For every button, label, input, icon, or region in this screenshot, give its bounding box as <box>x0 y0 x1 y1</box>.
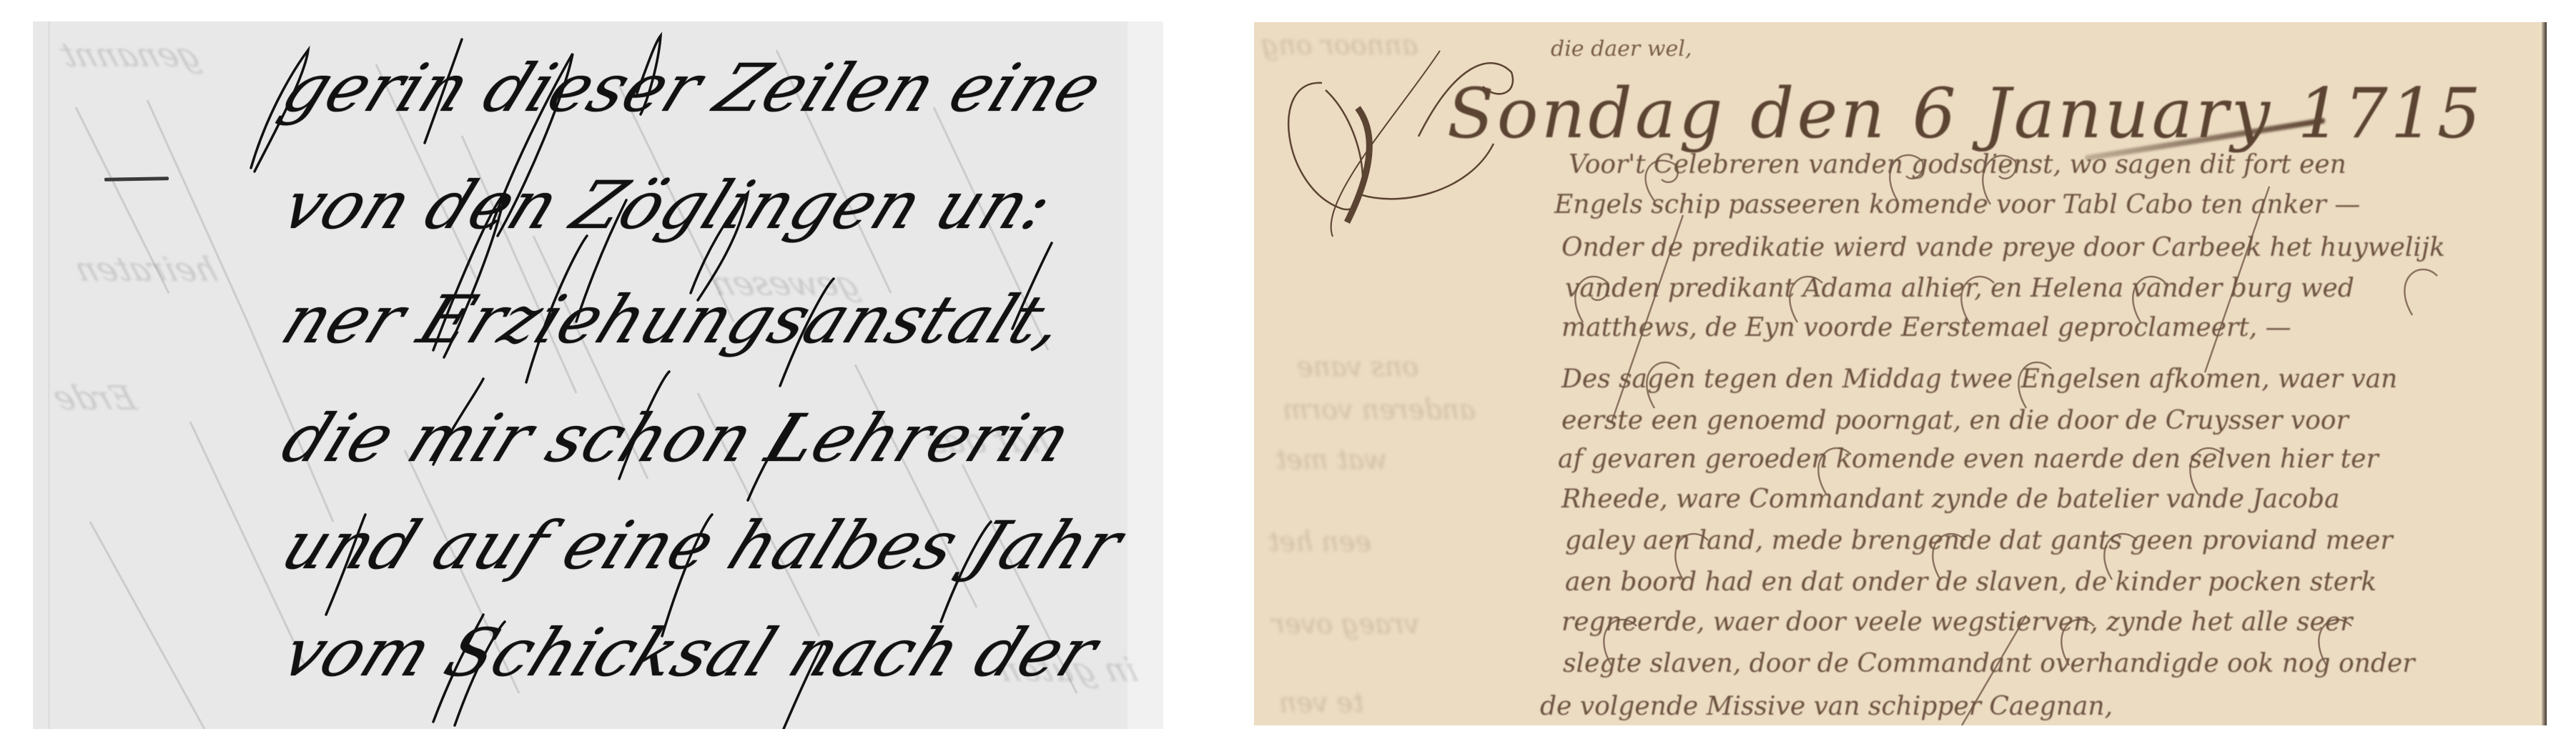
journal-line: Onder de predikatie wierd vande preye do… <box>1561 235 2445 261</box>
journal-line: eerste een genoemd poorngat, en die door… <box>1561 408 2349 434</box>
journal-line: slegte slaven, door de Commandant overha… <box>1563 651 2414 677</box>
journal-line: aen boord had en dat onder de slaven, de… <box>1565 570 2377 595</box>
kurrent-loop-strokes <box>33 21 1163 729</box>
journal-line: af gevaren geroeden komende even naerde … <box>1558 447 2379 472</box>
journal-line: vanden predikant Adama alhier, en Helena… <box>1565 276 2354 302</box>
journal-line: Rheede, ware Commandant zynde de batelie… <box>1561 487 2339 512</box>
heading-note: die daer wel, <box>1551 36 1692 61</box>
journal-line: de volgende Missive van schipper Caegnan… <box>1540 694 2113 720</box>
journal-line: Voor't Celebreren vanden godsdienst, wo … <box>1569 152 2346 178</box>
dutch-journal-page: annoor ong ons vane anderen vorm wat met… <box>1254 22 2547 725</box>
journal-line: matthews, de Eyn voorde Eerstemael gepro… <box>1561 315 2291 341</box>
journal-line: Des sagen tegen den Middag twee Engelsen… <box>1561 367 2397 392</box>
journal-line: Engels schip passeeren komende voor Tabl… <box>1554 192 2360 218</box>
entry-date-heading: Sondag den 6 January 1715 <box>1447 74 2484 154</box>
kurrent-manuscript-page: genannt heiraten Erde gewesen hat das in… <box>33 21 1163 729</box>
journal-line: galey aen land, mede brengende dat gants… <box>1565 528 2393 554</box>
journal-line: regneerde, waer door veele wegstierven, … <box>1561 610 2352 635</box>
